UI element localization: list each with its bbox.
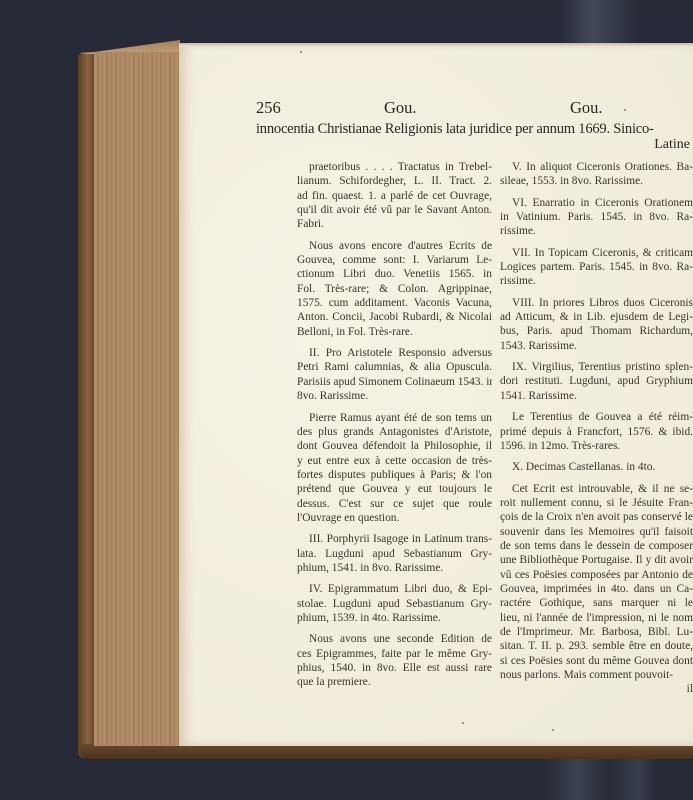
text-line: 1543. Rarissime. bbox=[500, 339, 693, 353]
paragraph: Cet Ecrit est introuvable, & il ne se-ro… bbox=[500, 482, 693, 697]
text-line: Nous avons encore d'autres Ecrits de bbox=[297, 239, 492, 253]
text-line: ad fin. quaest. 1. a parlé de cet Ouvrag… bbox=[297, 189, 492, 203]
text-line: Le Terentius de Gouvea a été réim- bbox=[500, 410, 693, 424]
text-line: fortes disputes publiques à Paris; & l'o… bbox=[297, 468, 492, 482]
text-line: de l'Imprimeur. Mr. Barbosa, Bibl. Lu- bbox=[500, 625, 693, 639]
running-head: 256 Gou. Gou. bbox=[252, 98, 692, 120]
text-line: III. Porphyrii Isagoge in Latinum trans- bbox=[297, 532, 492, 546]
paper-speck bbox=[552, 729, 554, 731]
text-line: nous parlons. Mais comment pouvoit- bbox=[500, 668, 693, 682]
text-line: dori restituti. Lugduni, apud Gryphium bbox=[500, 374, 693, 388]
text-line: sileae, 1553. in 8vo. Rarissime. bbox=[500, 174, 693, 188]
text-line: primé depuis à Francfort, 1576. & ibid. bbox=[500, 425, 693, 439]
text-line: sitan. T. II. p. 293. semble être en dou… bbox=[500, 639, 693, 653]
text-line: Logices partem. Paris. 1545. in 8vo. Ra- bbox=[500, 260, 693, 274]
text-line: X. Decimas Castellanas. in 4to. bbox=[500, 460, 693, 474]
background-light-reflection bbox=[560, 0, 640, 45]
text-line: in Vatinium. Paris. 1545. in 8vo. Ra- bbox=[500, 210, 693, 224]
text-line: praetoribus . . . . Tractatus in Trebel- bbox=[297, 160, 492, 174]
text-line: Fol. Très-rare; & Colon. Agrippinae, bbox=[297, 282, 492, 296]
text-line: des plus grands Antagonistes d'Aristote, bbox=[297, 425, 492, 439]
paragraph: VII. In Topicam Ciceronis, & criticamLog… bbox=[500, 246, 693, 289]
text-line: 1575. cum additament. Vaconis Vacuna, bbox=[297, 296, 492, 310]
paragraph: V. In aliquot Ciceronis Orationes. Ba-si… bbox=[500, 160, 693, 189]
paragraph: IX. Virgilius, Terentius pristino splen-… bbox=[500, 360, 693, 403]
text-line: phius, 1540. in 8vo. Elle est aussi rare bbox=[297, 661, 492, 675]
text-line: phium, 1541. in 8vo. Rarissime. bbox=[297, 561, 492, 575]
text-line: IX. Virgilius, Terentius pristino splen- bbox=[500, 360, 693, 374]
text-line: de son tems dans le dessein de composer bbox=[500, 539, 693, 553]
text-line: Cet Ecrit est introuvable, & il ne se- bbox=[500, 482, 693, 496]
text-line: 1596. in 12mo. Très-rares. bbox=[500, 439, 693, 453]
paragraph: II. Pro Aristotele Responsio adversusPet… bbox=[297, 346, 492, 403]
text-line: Pierre Ramus ayant été de son tems un bbox=[297, 411, 492, 425]
text-line: lata. Lugduni apud Sebastianum Gry- bbox=[297, 547, 492, 561]
paragraph: IV. Epigrammatum Libri duo, & Epi-stolae… bbox=[297, 582, 492, 625]
paper-speck bbox=[300, 51, 302, 53]
text-line: si ces Poësies sont du même Gouvea dont bbox=[500, 654, 693, 668]
text-line: VII. In Topicam Ciceronis, & criticam bbox=[500, 246, 693, 260]
page-top-edge bbox=[179, 43, 693, 47]
running-head-left: Gou. bbox=[384, 98, 417, 118]
text-line: II. Pro Aristotele Responsio adversus bbox=[297, 346, 492, 360]
text-line: lianum. Schifordegher, L. II. Tract. 2. bbox=[297, 174, 492, 188]
paragraph: Nous avons une seconde Edition deces Epi… bbox=[297, 632, 492, 689]
text-line: V. In aliquot Ciceronis Orationes. Ba- bbox=[500, 160, 693, 174]
text-line: Parisiis apud Simonem Colinaeum 1543. in bbox=[297, 375, 492, 389]
paragraph: VI. Enarratio in Ciceronis Orationemin V… bbox=[500, 196, 693, 239]
catchword: il bbox=[500, 682, 693, 696]
book-cover-left bbox=[78, 52, 94, 758]
text-line: 1541. Rarissime. bbox=[500, 389, 693, 403]
text-line: ctionum Libri duo. Venetiis 1565. in bbox=[297, 267, 492, 281]
paper-speck bbox=[462, 722, 464, 724]
text-line: Gouvea, imprimées in 4to. dans un Ca- bbox=[500, 582, 693, 596]
text-line: bus, Paris. apud Thomam Richardum, bbox=[500, 324, 693, 338]
text-line: ractére Gothique, sans marquer ni le bbox=[500, 596, 693, 610]
text-line: rissime. bbox=[500, 274, 693, 288]
text-line: prétend que Gouvea y eut toujours le bbox=[297, 482, 492, 496]
text-line: Belloni, in Fol. Très-rare. bbox=[297, 325, 492, 339]
text-line: ad Atticum, & in Lib. ejusdem de Legi- bbox=[500, 310, 693, 324]
text-line: VI. Enarratio in Ciceronis Orationem bbox=[500, 196, 693, 210]
text-line: y eut entre eux à cette occasion de très… bbox=[297, 454, 492, 468]
running-head-right: Gou. bbox=[570, 98, 603, 118]
paragraph: Pierre Ramus ayant été de son tems undes… bbox=[297, 411, 492, 526]
text-line: çois de la Croix n'en avoit pas conservé… bbox=[500, 510, 693, 524]
text-line: ces Epigrammes, faite par le même Gry- bbox=[297, 647, 492, 661]
text-line: stolae. Lugduni apud Sebastianum Gry- bbox=[297, 597, 492, 611]
text-line: souvenir dans les Memoires qu'il faisoit bbox=[500, 525, 693, 539]
text-line: Petri Rami calumnias, & alia Opuscula. bbox=[297, 360, 492, 374]
text-line: 8vo. Rarissime. bbox=[297, 389, 492, 403]
text-line: que la premiere. bbox=[297, 675, 492, 689]
paragraph: III. Porphyrii Isagoge in Latinum trans-… bbox=[297, 532, 492, 575]
paragraph: X. Decimas Castellanas. in 4to. bbox=[500, 460, 693, 474]
text-line: dont Gouvea défendoit la Philosophie, il bbox=[297, 439, 492, 453]
text-line: Anton. Concii, Jacobi Rubardi, & Nicolai bbox=[297, 310, 492, 324]
continued-title-line-end: Latine bbox=[620, 137, 690, 153]
text-line: lieu, ni l'année de l'impression, ni le … bbox=[500, 611, 693, 625]
right-column: V. In aliquot Ciceronis Orationes. Ba-si… bbox=[500, 160, 693, 704]
book-cover-bottom bbox=[80, 744, 693, 759]
text-line: rissime. bbox=[500, 224, 693, 238]
page-block-edges bbox=[94, 52, 182, 746]
text-line: roit nullement connu, si le Jésuite Fran… bbox=[500, 496, 693, 510]
text-line: phium, 1539. in 4to. Rarissime. bbox=[297, 611, 492, 625]
text-line: IV. Epigrammatum Libri duo, & Epi- bbox=[297, 582, 492, 596]
text-line: l'Ouvrage en question. bbox=[297, 511, 492, 525]
text-line: vû ces Poësies composées par Antonio de bbox=[500, 568, 693, 582]
text-line: qu'il dit avoir été vû par le Savant Ant… bbox=[297, 203, 492, 217]
continued-title-line: innocentia Christianae Religionis lata j… bbox=[256, 121, 692, 138]
paragraph: Nous avons encore d'autres Ecrits deGouv… bbox=[297, 239, 492, 339]
text-line: une Bibliothèque Portugaise. Il y dit av… bbox=[500, 553, 693, 567]
paragraph: VIII. In priores Libros duos Ciceronisad… bbox=[500, 296, 693, 353]
page-number: 256 bbox=[256, 98, 281, 118]
paragraph: praetoribus . . . . Tractatus in Trebel-… bbox=[297, 160, 492, 232]
paragraph: Le Terentius de Gouvea a été réim-primé … bbox=[500, 410, 693, 453]
text-line: Gouvea, comme sont: I. Variarum Le- bbox=[297, 253, 492, 267]
text-line: Fabri. bbox=[297, 217, 492, 231]
text-line: VIII. In priores Libros duos Ciceronis bbox=[500, 296, 693, 310]
left-column: praetoribus . . . . Tractatus in Trebel-… bbox=[297, 160, 492, 697]
text-line: Nous avons une seconde Edition de bbox=[297, 632, 492, 646]
text-line: dessus. C'est sur ce sujet que roule bbox=[297, 497, 492, 511]
